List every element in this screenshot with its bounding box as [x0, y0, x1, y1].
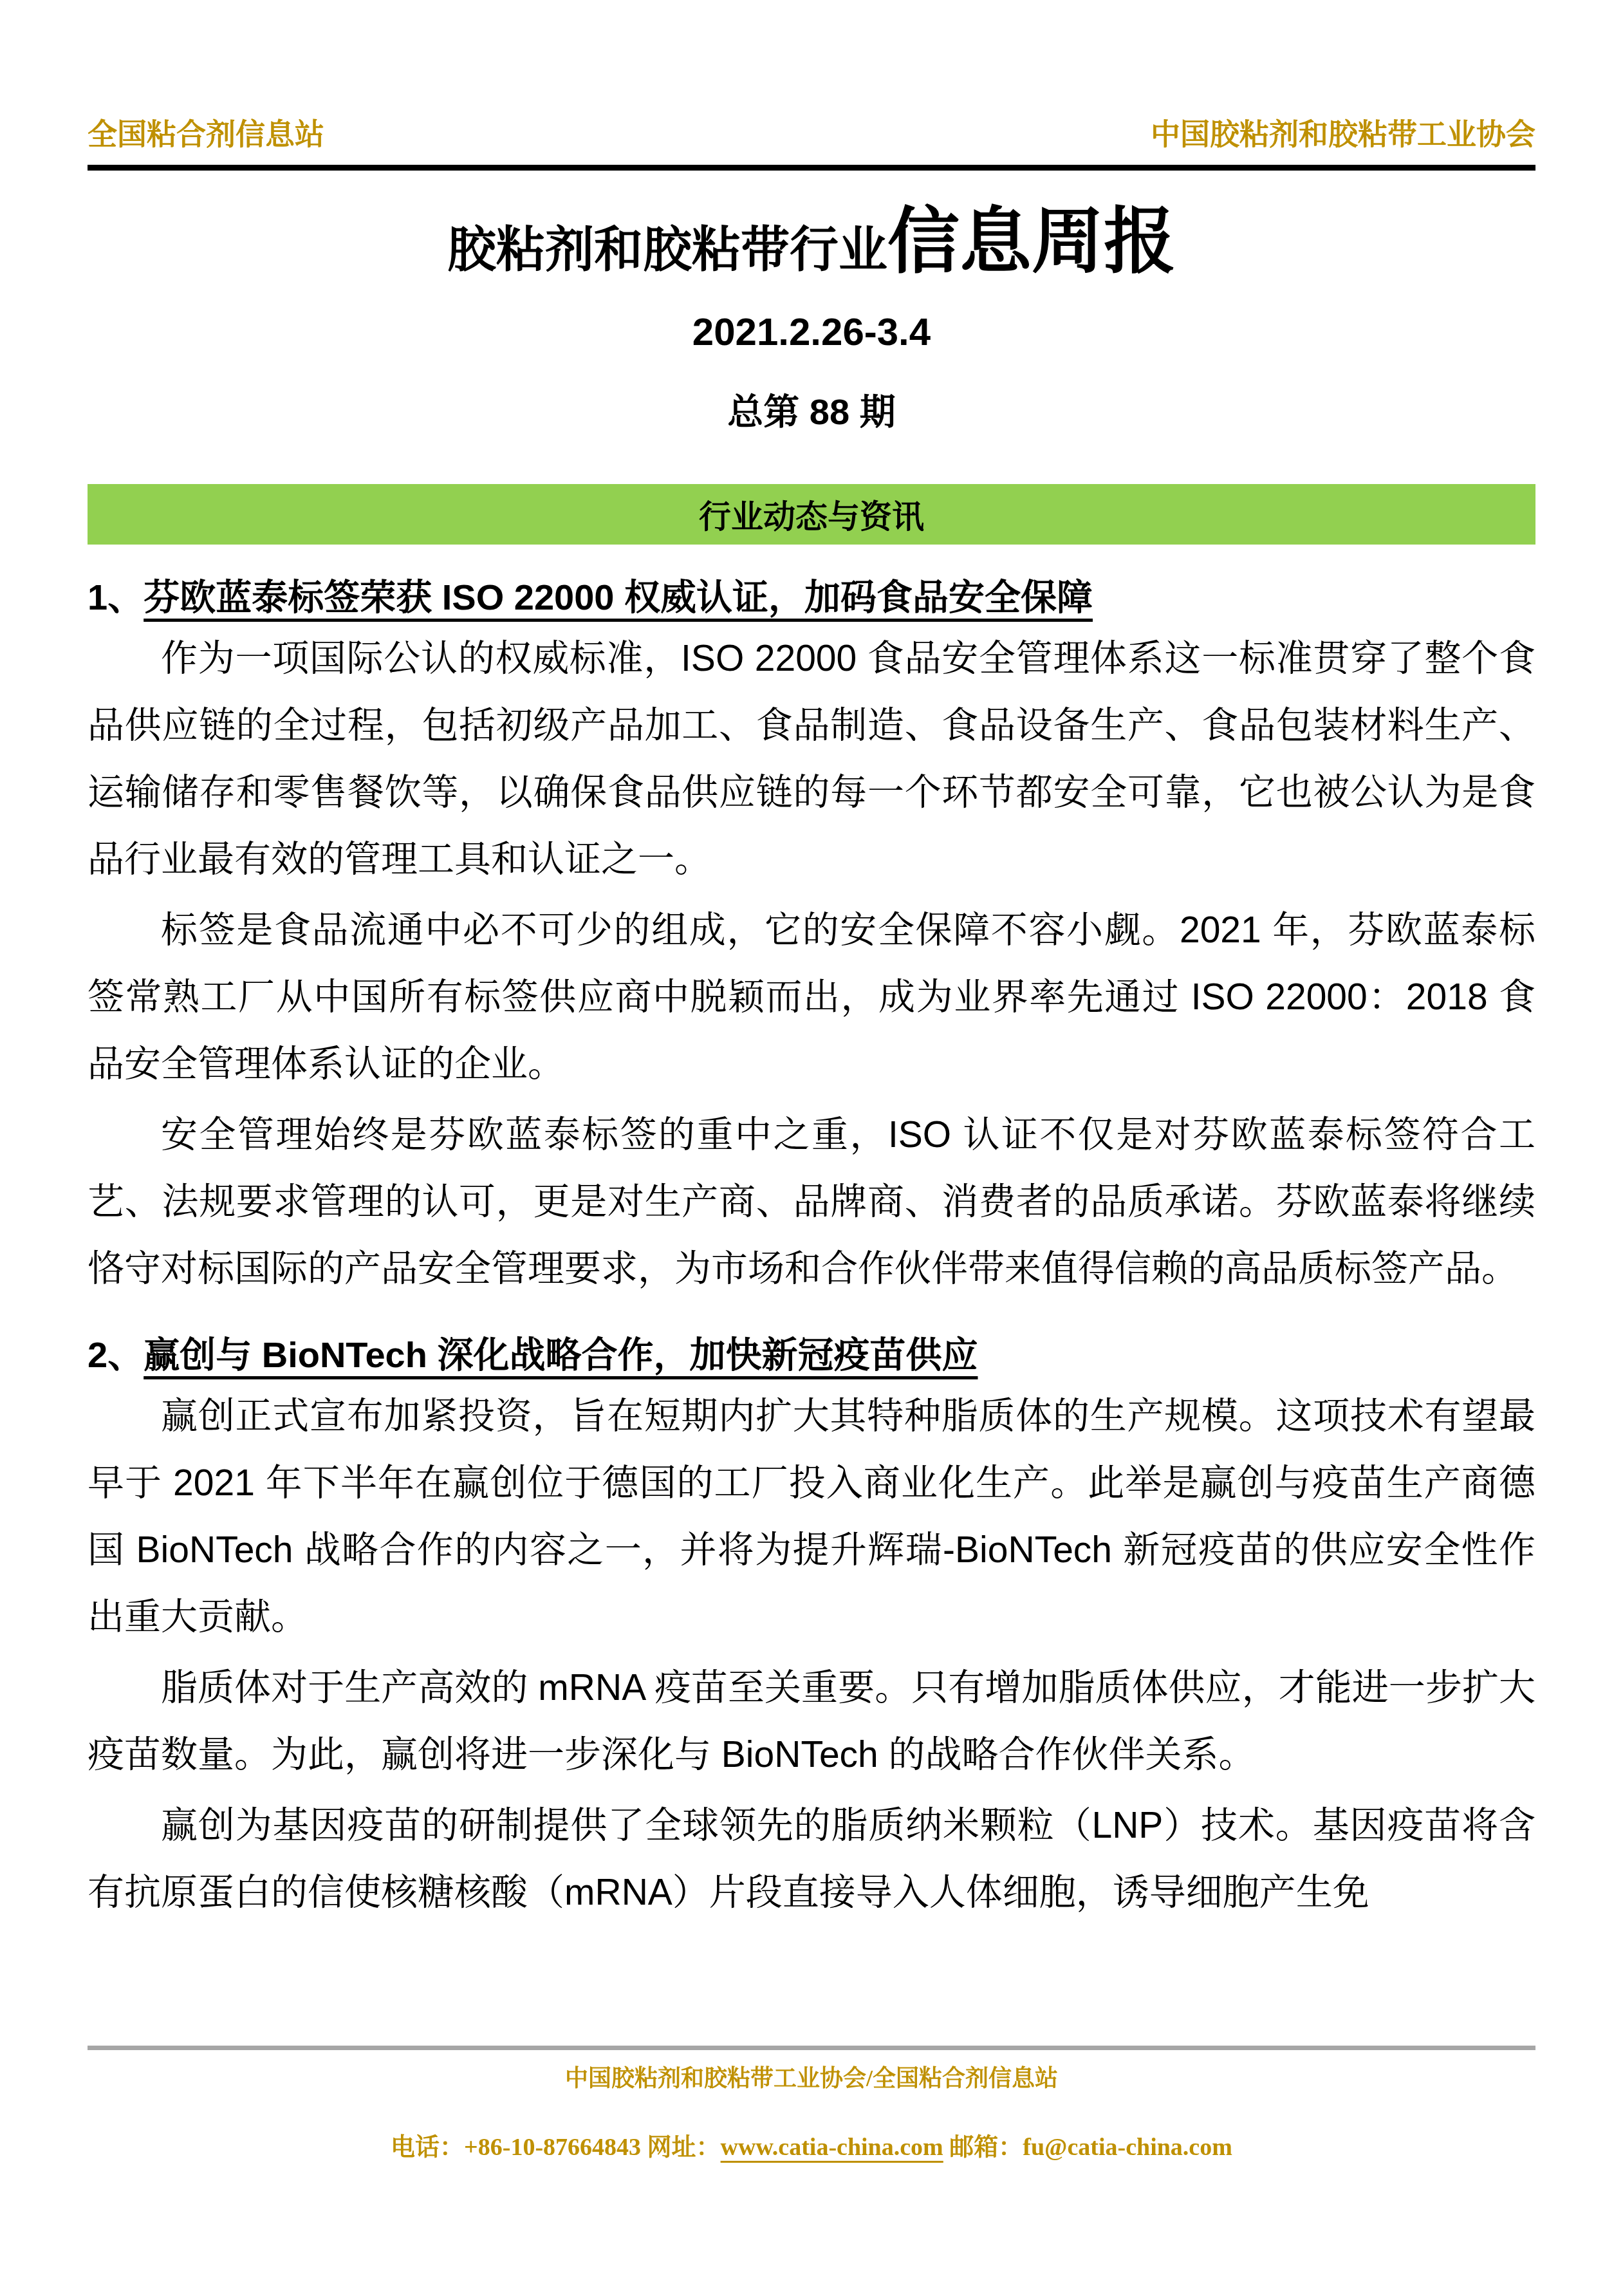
header-left-text: 全国粘合剂信息站	[88, 111, 324, 153]
header-right-text: 中国胶粘剂和胶粘带工业协会	[1151, 111, 1535, 153]
article-2-title-text: 赢创与 BioNTech 深化战略合作，加快新冠疫苗供应	[144, 1334, 978, 1375]
article-2-paragraph-3: 赢创为基因疫苗的研制提供了全球领先的脂质纳米颗粒（LNP）技术。基因疫苗将含有抗…	[88, 1792, 1535, 1926]
page-footer: 中国胶粘剂和胶粘带工业协会/全国粘合剂信息站 电话：+86-10-8766484…	[88, 2046, 1535, 2162]
footer-contact-line: 电话：+86-10-87664843 网址：www.catia-china.co…	[88, 2127, 1535, 2162]
phone-value: +86-10-87664843	[464, 2134, 641, 2161]
article-2: 2、赢创与 BioNTech 深化战略合作，加快新冠疫苗供应 赢创正式宣布加紧投…	[0, 1332, 1623, 1926]
doc-title-main: 信息周报	[887, 201, 1176, 282]
section-banner-label: 行业动态与资讯	[699, 491, 924, 537]
issue-number: 总第 88 期	[0, 384, 1623, 435]
footer-org-line: 中国胶粘剂和胶粘带工业协会/全国粘合剂信息站	[88, 2060, 1535, 2093]
web-label: 网址：	[641, 2134, 721, 2161]
article-2-heading: 2、赢创与 BioNTech 深化战略合作，加快新冠疫苗供应	[88, 1332, 1535, 1379]
article-1-paragraph-3: 安全管理始终是芬欧蓝泰标签的重中之重，ISO 认证不仅是对芬欧蓝泰标签符合工艺、…	[88, 1101, 1535, 1302]
article-1-paragraph-2: 标签是食品流通中必不可少的组成，它的安全保障不容小觑。2021 年，芬欧蓝泰标签…	[88, 897, 1535, 1097]
page-header: 全国粘合剂信息站 中国胶粘剂和胶粘带工业协会	[88, 0, 1535, 171]
article-1-number: 1、	[88, 577, 144, 617]
article-2-number: 2、	[88, 1334, 144, 1375]
footer-divider	[88, 2046, 1535, 2050]
article-1: 1、芬欧蓝泰标签荣获 ISO 22000 权威认证，加码食品安全保障 作为一项国…	[0, 574, 1623, 1302]
section-banner: 行业动态与资讯	[88, 484, 1535, 545]
article-2-paragraph-1: 赢创正式宣布加紧投资，旨在短期内扩大其特种脂质体的生产规模。这项技术有望最早于 …	[88, 1383, 1535, 1650]
website-link[interactable]: www.catia-china.com	[721, 2134, 943, 2161]
doc-title: 胶粘剂和胶粘带行业信息周报	[0, 199, 1623, 285]
date-range: 2021.2.26-3.4	[0, 310, 1623, 354]
article-1-title-text: 芬欧蓝泰标签荣获 ISO 22000 权威认证，加码食品安全保障	[144, 577, 1093, 617]
article-1-paragraph-1: 作为一项国际公认的权威标准，ISO 22000 食品安全管理体系这一标准贯穿了整…	[88, 625, 1535, 893]
email-label: 邮箱：	[943, 2134, 1023, 2161]
article-2-paragraph-2: 脂质体对于生产高效的 mRNA 疫苗至关重要。只有增加脂质体供应，才能进一步扩大…	[88, 1654, 1535, 1788]
page: 全国粘合剂信息站 中国胶粘剂和胶粘带工业协会 胶粘剂和胶粘带行业信息周报 202…	[0, 0, 1623, 2296]
phone-label: 电话：	[391, 2134, 464, 2161]
email-value: fu@catia-china.com	[1023, 2134, 1232, 2161]
article-1-heading: 1、芬欧蓝泰标签荣获 ISO 22000 权威认证，加码食品安全保障	[88, 574, 1535, 621]
doc-title-prefix: 胶粘剂和胶粘带行业	[447, 223, 887, 277]
